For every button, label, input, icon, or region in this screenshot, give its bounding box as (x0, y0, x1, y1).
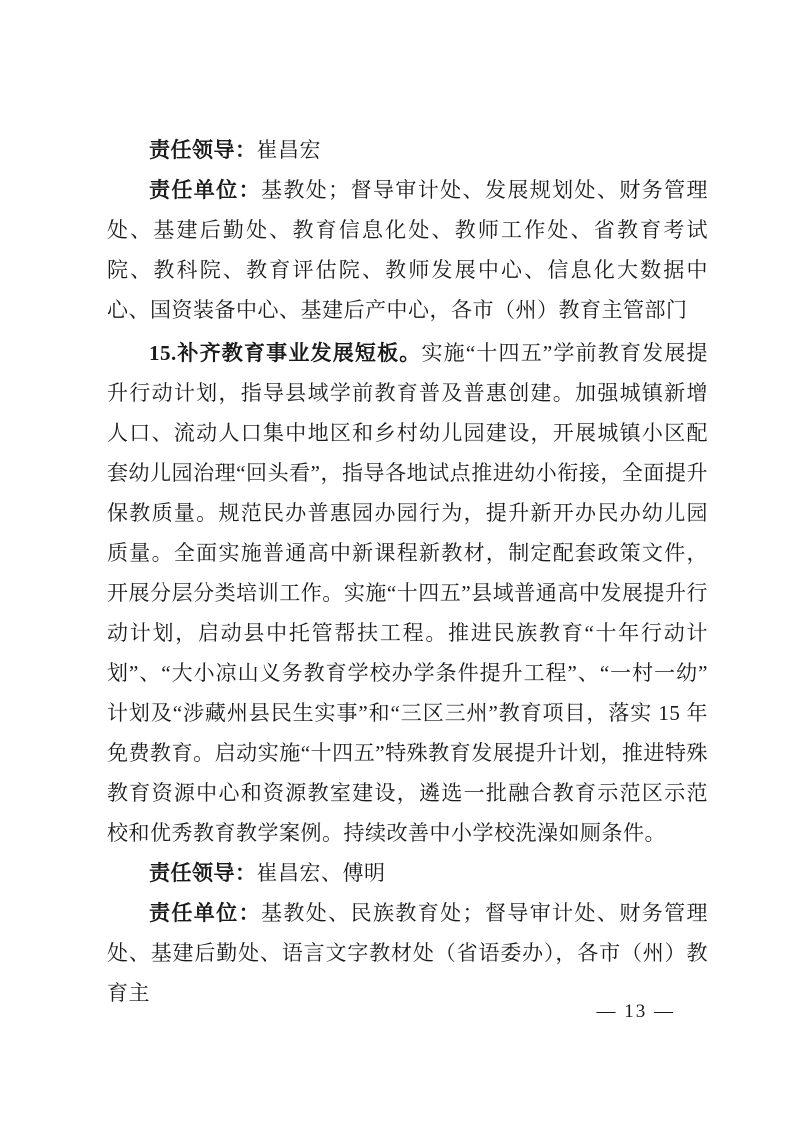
document-body: 责任领导：崔昌宏 责任单位：基教处；督导审计处、发展规划处、财务管理处、基建后勤… (107, 130, 708, 1013)
paragraph-label: 责任单位： (149, 178, 261, 202)
paragraph-text: 实施“十四五”学前教育发展提升行动计划，指导县域学前教育普及普惠创建。加强城镇新… (107, 341, 708, 845)
paragraph-responsible-unit-2: 责任单位：基教处、民族教育处；督导审计处、财务管理处、基建后勤处、语言文字教材处… (107, 893, 708, 1013)
paragraph-text: 崔昌宏、傅明 (257, 861, 386, 885)
paragraph-responsible-leader-2: 责任领导：崔昌宏、傅明 (107, 853, 708, 893)
paragraph-label: 责任领导： (149, 861, 257, 885)
paragraph-responsible-unit-1: 责任单位：基教处；督导审计处、发展规划处、财务管理处、基建后勤处、教育信息化处、… (107, 170, 708, 330)
paragraph-text: 崔昌宏 (257, 138, 322, 162)
page-number: — 13 — (597, 1000, 676, 1024)
paragraph-label: 15.补齐教育事业发展短板。 (149, 341, 421, 365)
paragraph-label: 责任单位： (149, 901, 261, 925)
paragraph-responsible-leader-1: 责任领导：崔昌宏 (107, 130, 708, 170)
paragraph-label: 责任领导： (149, 138, 257, 162)
paragraph-item-15: 15.补齐教育事业发展短板。实施“十四五”学前教育发展提升行动计划，指导县域学前… (107, 333, 708, 853)
document-page: 责任领导：崔昌宏 责任单位：基教处；督导审计处、发展规划处、财务管理处、基建后勤… (0, 0, 793, 1122)
